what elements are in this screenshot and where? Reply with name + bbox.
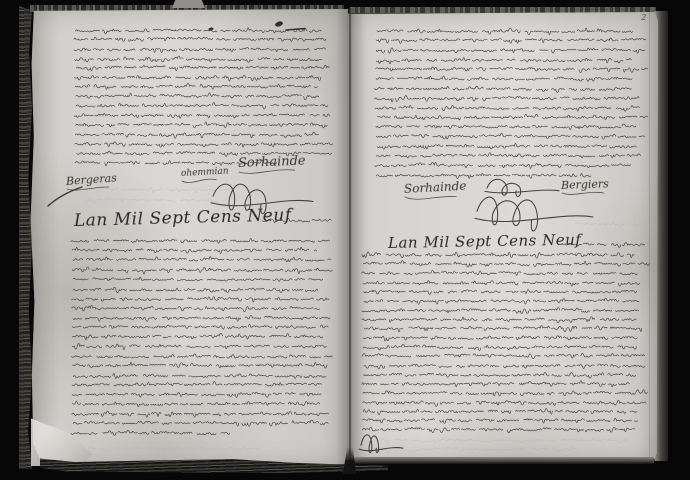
- book-page-edges-left: [19, 6, 32, 469]
- signature-bergiers: Bergiers: [561, 177, 609, 192]
- page-number: 2: [641, 13, 646, 23]
- signature-sorhainde: Sorhainde: [238, 154, 306, 171]
- right-page-heading: Lan Mil Sept Cens Neuf: [388, 231, 582, 252]
- page-tab: [172, 0, 205, 8]
- left-page: [30, 9, 348, 466]
- manuscript-scan: 2 Lan Mil Sept Cens Neuf Lan Mil Sept Ce…: [0, 0, 690, 480]
- book-page-edges-top-right: [350, 7, 656, 13]
